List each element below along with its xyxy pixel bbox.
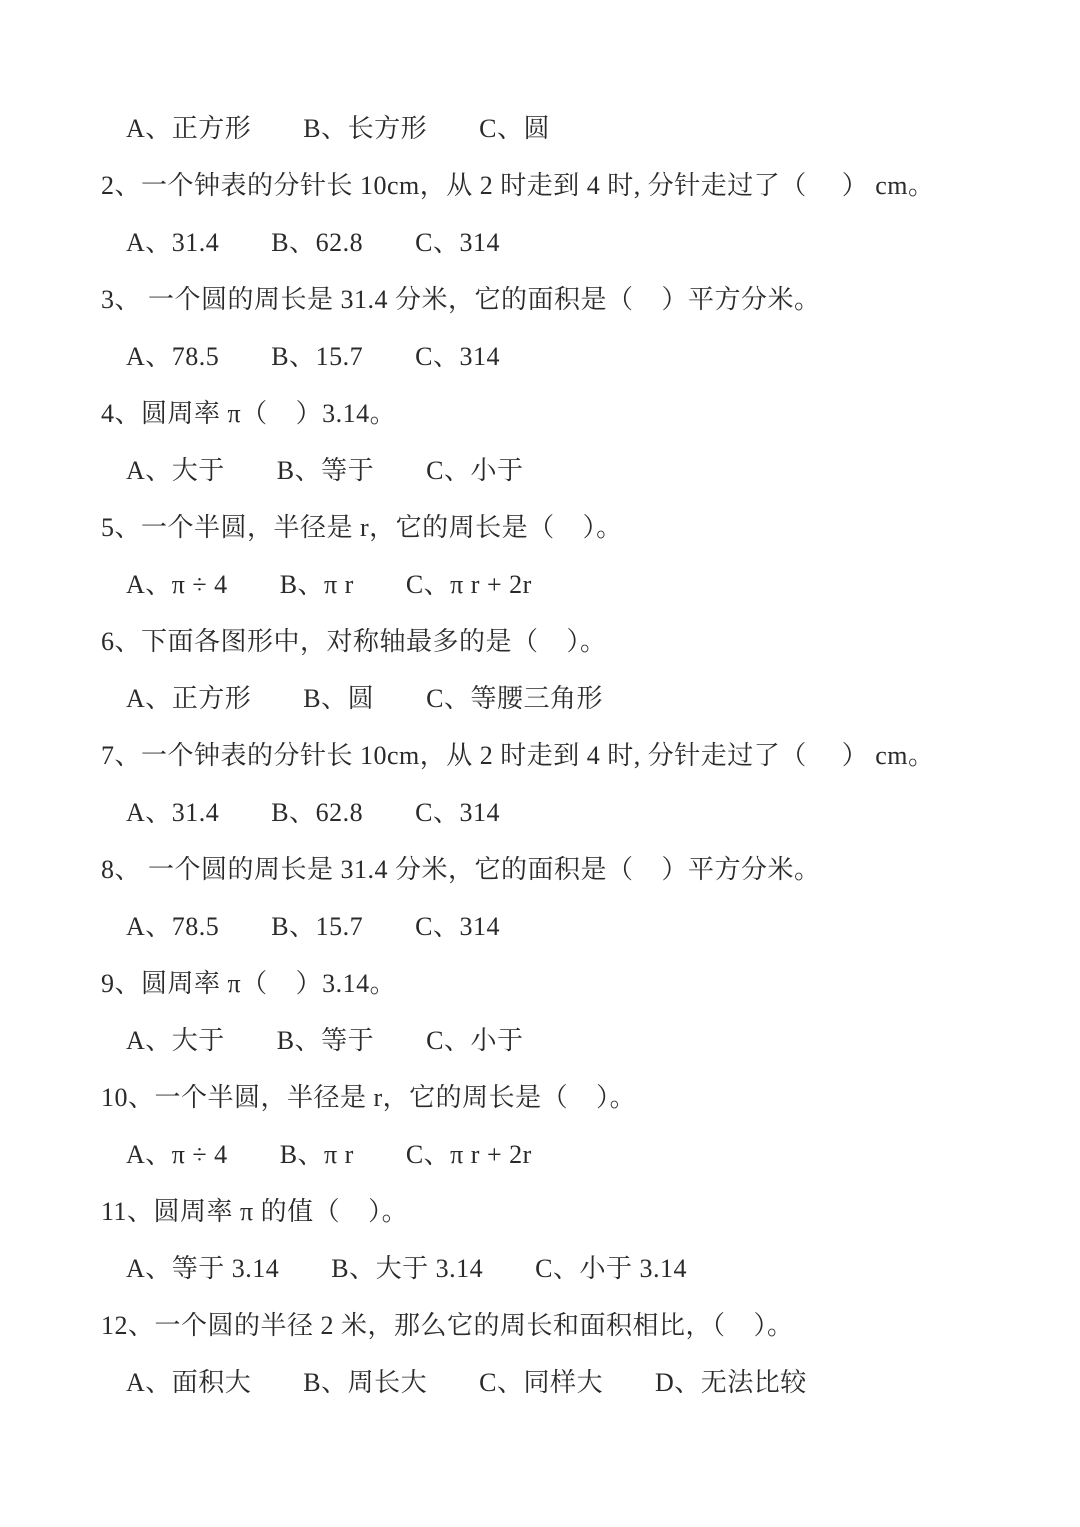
option-item: B、大于 3.14 (331, 1240, 483, 1297)
options-line: A、正方形B、圆C、等腰三角形 (0, 670, 1080, 727)
options-line: A、大于B、等于C、小于 (0, 442, 1080, 499)
option-item: C、314 (415, 328, 500, 385)
option-item: B、15.7 (271, 328, 363, 385)
option-item: B、62.8 (271, 214, 363, 271)
option-item: C、314 (415, 898, 500, 955)
option-item: C、314 (415, 784, 500, 841)
option-item: B、62.8 (271, 784, 363, 841)
option-item: A、78.5 (126, 328, 219, 385)
question-line: 6、下面各图形中，对称轴最多的是（ ）。 (0, 613, 1080, 670)
option-item: A、π ÷ 4 (126, 1126, 228, 1183)
option-item: B、等于 (277, 1012, 374, 1069)
option-item: A、大于 (126, 1012, 225, 1069)
question-line: 12、一个圆的半径 2 米，那么它的周长和面积相比，（ ）。 (0, 1297, 1080, 1354)
options-line: A、大于B、等于C、小于 (0, 1012, 1080, 1069)
option-item: A、面积大 (126, 1354, 251, 1411)
options-line: A、π ÷ 4B、π rC、π r + 2r (0, 1126, 1080, 1183)
option-item: A、正方形 (126, 100, 251, 157)
option-item: A、大于 (126, 442, 225, 499)
question-line: 5、一个半圆，半径是 r，它的周长是（ ）。 (0, 499, 1080, 556)
option-item: C、小于 (426, 1012, 523, 1069)
worksheet-lines: A、正方形B、长方形C、圆2、一个钟表的分针长 10cm，从 2 时走到 4 时… (0, 100, 1080, 1411)
option-item: A、78.5 (126, 898, 219, 955)
question-line: 2、一个钟表的分针长 10cm，从 2 时走到 4 时, 分针走过了（ ） cm… (0, 157, 1080, 214)
option-item: A、31.4 (126, 784, 219, 841)
worksheet-page: A、正方形B、长方形C、圆2、一个钟表的分针长 10cm，从 2 时走到 4 时… (0, 0, 1080, 1527)
question-line: 7、一个钟表的分针长 10cm，从 2 时走到 4 时, 分针走过了（ ） cm… (0, 727, 1080, 784)
option-item: A、等于 3.14 (126, 1240, 279, 1297)
option-item: C、圆 (479, 100, 550, 157)
option-item: A、π ÷ 4 (126, 556, 228, 613)
option-item: B、15.7 (271, 898, 363, 955)
options-line: A、正方形B、长方形C、圆 (0, 100, 1080, 157)
option-item: B、π r (280, 1126, 354, 1183)
question-line: 9、圆周率 π（ ）3.14。 (0, 955, 1080, 1012)
options-line: A、78.5B、15.7C、314 (0, 328, 1080, 385)
option-item: C、314 (415, 214, 500, 271)
option-item: A、正方形 (126, 670, 251, 727)
options-line: A、等于 3.14B、大于 3.14C、小于 3.14 (0, 1240, 1080, 1297)
options-line: A、面积大B、周长大C、同样大D、无法比较 (0, 1354, 1080, 1411)
options-line: A、31.4B、62.8C、314 (0, 214, 1080, 271)
question-line: 11、圆周率 π 的值（ ）。 (0, 1183, 1080, 1240)
options-line: A、78.5B、15.7C、314 (0, 898, 1080, 955)
question-line: 10、一个半圆，半径是 r，它的周长是（ ）。 (0, 1069, 1080, 1126)
option-item: C、等腰三角形 (426, 670, 603, 727)
options-line: A、31.4B、62.8C、314 (0, 784, 1080, 841)
question-line: 4、圆周率 π（ ）3.14。 (0, 385, 1080, 442)
question-line: 3、 一个圆的周长是 31.4 分米，它的面积是（ ）平方分米。 (0, 271, 1080, 328)
option-item: B、圆 (303, 670, 374, 727)
option-item: B、周长大 (303, 1354, 427, 1411)
option-item: C、小于 (426, 442, 523, 499)
option-item: B、π r (280, 556, 354, 613)
option-item: B、等于 (277, 442, 374, 499)
option-item: C、小于 3.14 (535, 1240, 687, 1297)
question-line: 8、 一个圆的周长是 31.4 分米，它的面积是（ ）平方分米。 (0, 841, 1080, 898)
option-item: C、π r + 2r (406, 556, 532, 613)
option-item: D、无法比较 (655, 1354, 807, 1411)
option-item: A、31.4 (126, 214, 219, 271)
option-item: B、长方形 (303, 100, 427, 157)
options-line: A、π ÷ 4B、π rC、π r + 2r (0, 556, 1080, 613)
option-item: C、同样大 (479, 1354, 603, 1411)
option-item: C、π r + 2r (406, 1126, 532, 1183)
